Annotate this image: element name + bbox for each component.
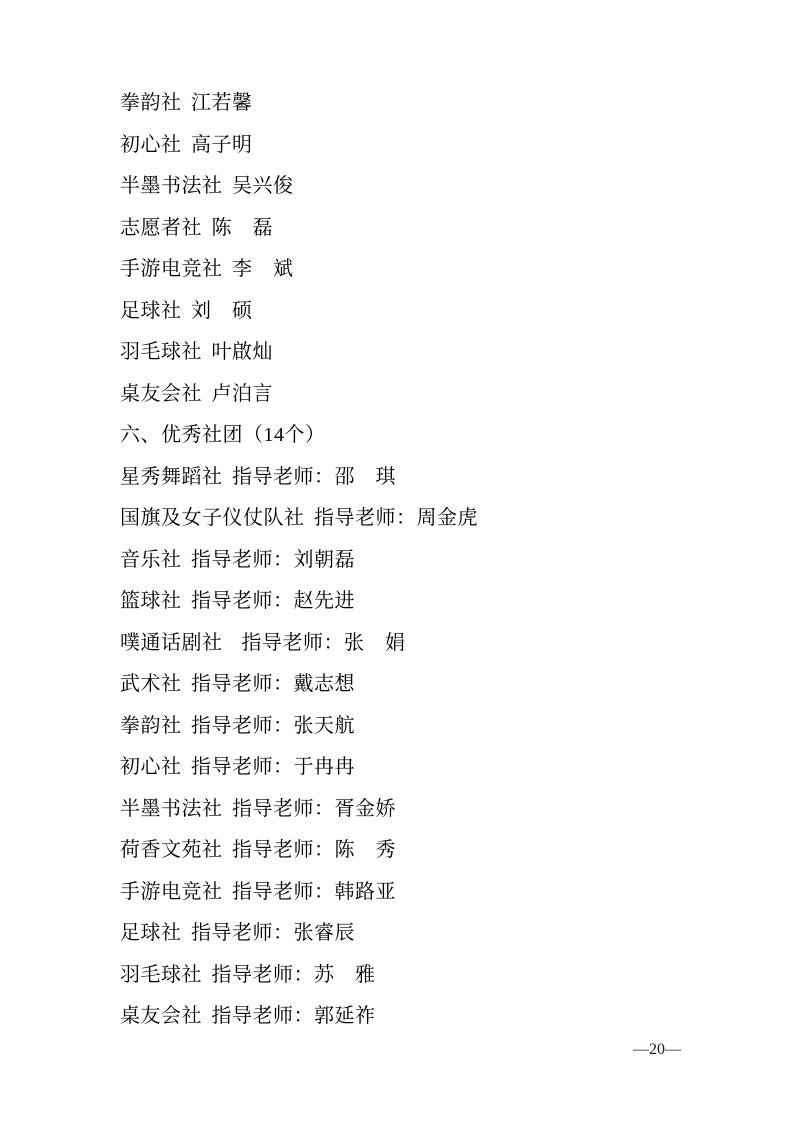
document-line: 手游电竞社 李 斌 xyxy=(120,249,743,291)
document-line: 武术社 指导老师：戴志想 xyxy=(120,664,743,706)
document-line: 足球社 刘 硕 xyxy=(120,291,743,333)
document-line: 羽毛球社 叶啟灿 xyxy=(120,332,743,374)
document-line: 篮球社 指导老师：赵先进 xyxy=(120,581,743,623)
document-line: 志愿者社 陈 磊 xyxy=(120,208,743,250)
document-line: 桌友会社 卢泊言 xyxy=(120,374,743,416)
document-line: 六、优秀社团（14个） xyxy=(120,415,743,457)
document-line: 星秀舞蹈社 指导老师：邵 琪 xyxy=(120,457,743,499)
document-line: 国旗及女子仪仗队社 指导老师：周金虎 xyxy=(120,498,743,540)
document-line: 拳韵社 江若馨 xyxy=(120,83,743,125)
document-line: 桌友会社 指导老师：郭延祚 xyxy=(120,996,743,1038)
document-line: 半墨书法社 吴兴俊 xyxy=(120,166,743,208)
document-line: 半墨书法社 指导老师：胥金娇 xyxy=(120,789,743,831)
page-number: —20— xyxy=(633,1041,681,1059)
document-line: 荷香文苑社 指导老师：陈 秀 xyxy=(120,830,743,872)
document-line: 羽毛球社 指导老师：苏 雅 xyxy=(120,955,743,997)
document-line: 音乐社 指导老师：刘朝磊 xyxy=(120,540,743,582)
document-line: 初心社 高子明 xyxy=(120,125,743,167)
document-body: 拳韵社 江若馨初心社 高子明半墨书法社 吴兴俊志愿者社 陈 磊手游电竞社 李 斌… xyxy=(120,83,743,1038)
document-line: 噗通话剧社 指导老师：张 娟 xyxy=(120,623,743,665)
document-line: 手游电竞社 指导老师：韩路亚 xyxy=(120,872,743,914)
document-line: 初心社 指导老师：于冉冉 xyxy=(120,747,743,789)
document-page: 拳韵社 江若馨初心社 高子明半墨书法社 吴兴俊志愿者社 陈 磊手游电竞社 李 斌… xyxy=(0,0,793,1122)
document-line: 拳韵社 指导老师：张天航 xyxy=(120,706,743,748)
document-line: 足球社 指导老师：张睿辰 xyxy=(120,913,743,955)
